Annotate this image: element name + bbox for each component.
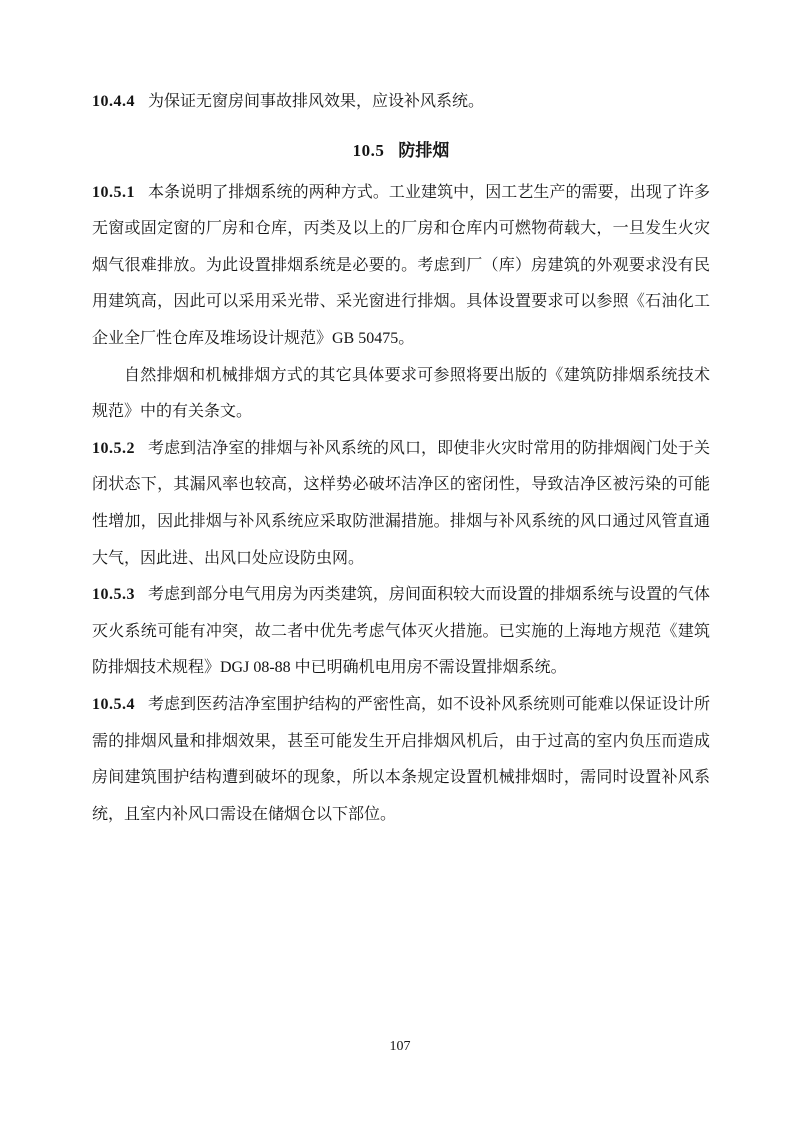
clause-number: 10.5.2 — [92, 440, 135, 457]
clause-10-4-4: 10.4.4为保证无窗房间事故排风效果，应设补风系统。 — [92, 84, 710, 121]
section-number: 10.5 — [353, 141, 385, 160]
section-heading-10-5: 10.5防排烟 — [92, 137, 710, 165]
document-body: 10.4.4为保证无窗房间事故排风效果，应设补风系统。 10.5防排烟 10.5… — [92, 84, 710, 833]
clause-10-5-4: 10.5.4考虑到医药洁净室围护结构的严密性高，如不设补风系统则可能难以保证设计… — [92, 687, 710, 833]
clause-text: 考虑到洁净室的排烟与补风系统的风口，即使非火灾时常用的防排烟阀门处于关闭状态下，… — [92, 440, 710, 567]
paragraph-text: 自然排烟和机械排烟方式的其它具体要求可参照将要出版的《建筑防排烟系统技术规范》中… — [92, 367, 710, 421]
clause-text: 本条说明了排烟系统的两种方式。工业建筑中，因工艺生产的需要，出现了许多无窗或固定… — [92, 184, 710, 347]
clause-10-5-1: 10.5.1本条说明了排烟系统的两种方式。工业建筑中，因工艺生产的需要，出现了许… — [92, 175, 710, 358]
clause-10-5-2: 10.5.2考虑到洁净室的排烟与补风系统的风口，即使非火灾时常用的防排烟阀门处于… — [92, 431, 710, 577]
page-number: 107 — [0, 1038, 800, 1056]
clause-text: 考虑到部分电气用房为丙类建筑，房间面积较大而设置的排烟系统与设置的气体灭火系统可… — [92, 586, 710, 676]
clause-text: 为保证无窗房间事故排风效果，应设补风系统。 — [148, 93, 484, 110]
clause-text: 考虑到医药洁净室围护结构的严密性高，如不设补风系统则可能难以保证设计所需的排烟风… — [92, 696, 710, 823]
paragraph-natural-smoke: 自然排烟和机械排烟方式的其它具体要求可参照将要出版的《建筑防排烟系统技术规范》中… — [92, 358, 710, 431]
section-title: 防排烟 — [398, 141, 449, 160]
clause-number: 10.5.4 — [92, 696, 135, 713]
clause-number: 10.4.4 — [92, 93, 135, 110]
clause-number: 10.5.1 — [92, 184, 135, 201]
document-page: 10.4.4为保证无窗房间事故排风效果，应设补风系统。 10.5防排烟 10.5… — [0, 0, 800, 1131]
clause-10-5-3: 10.5.3考虑到部分电气用房为丙类建筑，房间面积较大而设置的排烟系统与设置的气… — [92, 577, 710, 687]
clause-number: 10.5.3 — [92, 586, 135, 603]
